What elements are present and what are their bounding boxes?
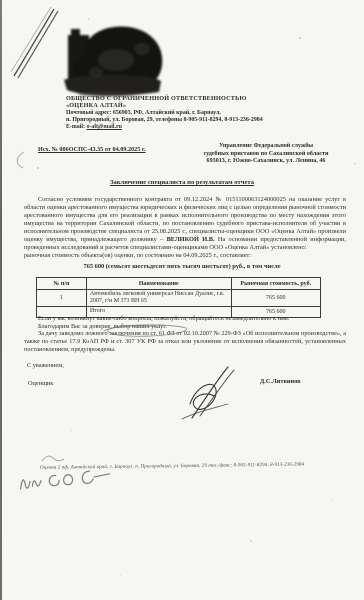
col-header-num: № п/п bbox=[37, 278, 87, 290]
table-row: 1 Автомобиль легковой универсал Ниссан Д… bbox=[37, 290, 321, 307]
pen-tick-mark bbox=[40, 451, 68, 465]
signature bbox=[170, 364, 242, 424]
debtor-name: ВЕЛИКОЙ И.В. bbox=[167, 236, 215, 243]
paper-speck bbox=[354, 163, 356, 164]
paper-speck bbox=[88, 18, 89, 20]
paper-speck bbox=[250, 540, 252, 542]
valuation-table: № п/п Наименование Рыночная стоимость, р… bbox=[36, 277, 321, 318]
paper-speck bbox=[120, 575, 121, 576]
cell-item-value: 765 600 bbox=[231, 290, 320, 307]
email-label: E-mail: bbox=[66, 124, 85, 130]
total-value-line: 765 600 (семьсот шестьдесят пять тысяч ш… bbox=[0, 263, 364, 270]
scanned-letter-page: ОБЩЕСТВО С ОГРАНИЧЕННОЙ ОТВЕТСТВЕННОСТЬЮ… bbox=[0, 0, 364, 600]
col-header-name: Наименование bbox=[86, 278, 231, 290]
recipient-line3: 693013, г. Южно-Сахалинск, ул. Ленина, 4… bbox=[184, 158, 348, 166]
signer-name: Д.С.Литвинов bbox=[260, 378, 301, 385]
org-email-line: E-mail: o-alt@mail.ru bbox=[66, 124, 316, 131]
paper-speck bbox=[299, 37, 301, 39]
document-title: Заключение специалиста по результатам от… bbox=[0, 179, 364, 186]
regards-line: С уважением, bbox=[27, 362, 64, 369]
org-name-line2: «ОЦЕНКА АЛТАЙ» bbox=[66, 102, 316, 109]
pen-bracket-mark bbox=[12, 150, 28, 170]
letterhead: ОБЩЕСТВО С ОГРАНИЧЕННОЙ ОТВЕТСТВЕННОСТЬЮ… bbox=[66, 95, 316, 131]
recipient-line2: судебных приставов по Сахалинской област… bbox=[184, 151, 348, 159]
paper-speck bbox=[70, 430, 72, 431]
recipient-block: Управление Федеральной службы судебных п… bbox=[184, 143, 348, 166]
recipient-line1: Управление Федеральной службы bbox=[184, 143, 348, 151]
main-paragraph: Согласно условиям государственного контр… bbox=[24, 196, 346, 260]
paper-speck bbox=[37, 167, 39, 169]
table-header-row: № п/п Наименование Рыночная стоимость, р… bbox=[37, 278, 321, 290]
signer-role: Оценщик bbox=[28, 380, 53, 387]
email-link: o-alt@mail.ru bbox=[86, 124, 121, 130]
paragraph-text-3: рыночная стоимость объекта(ов) оценки, п… bbox=[24, 252, 346, 260]
outgoing-number: Исх. № 086ОСПС-43.35 от 04.09.2025 г. bbox=[38, 146, 193, 153]
company-logo-stamp bbox=[56, 20, 170, 100]
pen-scribble-annotation bbox=[98, 321, 194, 339]
scan-edge-artifact bbox=[0, 0, 2, 600]
org-address-line2: п. Пригородный, ул. Боровая, 29, телефон… bbox=[66, 117, 316, 124]
handwritten-note bbox=[16, 464, 112, 494]
pen-diagonal-marks bbox=[8, 4, 62, 82]
cell-num: 1 bbox=[37, 290, 87, 307]
org-address-line1: Почтовый адрес: 656903, РФ, Алтайский кр… bbox=[66, 110, 316, 117]
paper-speck bbox=[330, 500, 332, 501]
col-header-value: Рыночная стоимость, руб. bbox=[231, 278, 320, 290]
cell-item-name: Автомобиль легковой универсал Ниссан Дуа… bbox=[86, 290, 231, 307]
